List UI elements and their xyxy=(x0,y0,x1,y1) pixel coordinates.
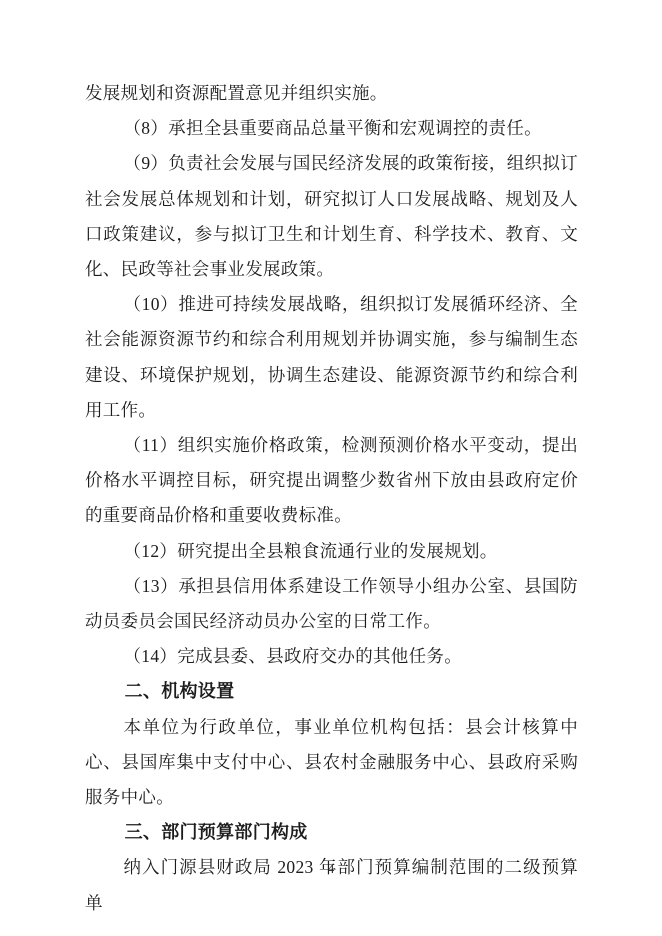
paragraph: 本单位为行政单位，事业单位机构包括：县会计核算中心、县国库集中支付中心、县农村金… xyxy=(85,710,578,816)
paragraph: 发展规划和资源配置意见并组织实施。 xyxy=(85,76,578,111)
page-number: 4 xyxy=(0,861,662,877)
document-page: 发展规划和资源配置意见并组织实施。（8）承担全县重要商品总量平衡和宏观调控的责任… xyxy=(0,0,662,936)
paragraph: （12）研究提出全县粮食流通行业的发展规划。 xyxy=(85,534,578,569)
section-heading: 二、机构设置 xyxy=(85,674,578,709)
section-heading: 三、部门预算部门构成 xyxy=(85,815,578,850)
paragraph: （9）负责社会发展与国民经济发展的政策衔接，组织拟订社会发展总体规划和计划，研究… xyxy=(85,146,578,287)
paragraph: （13）承担县信用体系建设工作领导小组办公室、县国防动员委员会国民经济动员办公室… xyxy=(85,569,578,639)
paragraph: （11）组织实施价格政策，检测预测价格水平变动，提出价格水平调控目标，研究提出调… xyxy=(85,428,578,534)
paragraph: （10）推进可持续发展战略，组织拟订发展循环经济、全社会能源资源节约和综合利用规… xyxy=(85,287,578,428)
document-body: 发展规划和资源配置意见并组织实施。（8）承担全县重要商品总量平衡和宏观调控的责任… xyxy=(85,76,578,921)
paragraph: （14）完成县委、县政府交办的其他任务。 xyxy=(85,639,578,674)
paragraph: （8）承担全县重要商品总量平衡和宏观调控的责任。 xyxy=(85,111,578,146)
